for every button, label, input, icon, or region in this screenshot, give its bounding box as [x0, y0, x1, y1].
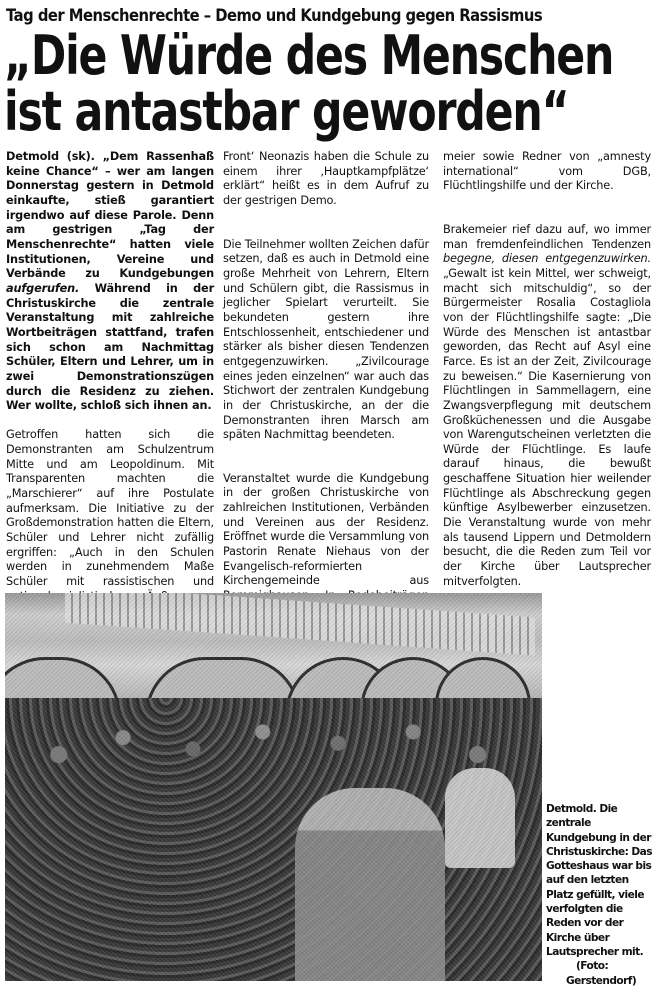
halftone-texture	[5, 593, 542, 981]
article-photo	[5, 593, 542, 981]
body-paragraph: Die Teilnehmer wollten Zeichen dafür set…	[223, 238, 429, 443]
lead-paragraph: Detmold (sk). „Dem Rassenhaß keine Chanc…	[6, 150, 214, 414]
caption-text: Detmold. Die zentrale Kundgebung in der …	[546, 803, 652, 958]
photo-credit-name: Gerstendorf)	[546, 974, 658, 986]
lead-text-1: Detmold (sk). „Dem Rassenhaß keine Chanc…	[6, 150, 214, 280]
body-paragraph: Front‘ Neonazis haben die Schule zu eine…	[223, 150, 429, 209]
headline-line-2: ist antastbar geworden“	[4, 84, 604, 140]
lead-text-2: Während in der Christuskirche die zentra…	[6, 282, 214, 412]
article-headline: „Die Würde des Menschen ist antastbar ge…	[4, 28, 604, 140]
photo-credit-label: (Foto:	[546, 959, 658, 973]
photo-caption: Detmold. Die zentrale Kundgebung in der …	[546, 802, 658, 986]
body-text: Brakemeier rief dazu auf, wo immer man f…	[443, 223, 651, 251]
headline-line-1: „Die Würde des Menschen	[4, 28, 604, 84]
lead-italic-text: aufgerufen.	[6, 282, 79, 295]
body-italic-text: begegne, diesen entgegenzuwirken.	[443, 252, 651, 265]
article-column-3: meier sowie Redner von „amnesty internat…	[443, 150, 651, 589]
body-text: „Gewalt ist kein Mittel, wer schweigt, m…	[443, 267, 651, 588]
article-column-2: Front‘ Neonazis haben die Schule zu eine…	[223, 150, 429, 633]
body-paragraph: meier sowie Redner von „amnesty internat…	[443, 150, 651, 194]
body-paragraph: Brakemeier rief dazu auf, wo immer man f…	[443, 223, 651, 589]
